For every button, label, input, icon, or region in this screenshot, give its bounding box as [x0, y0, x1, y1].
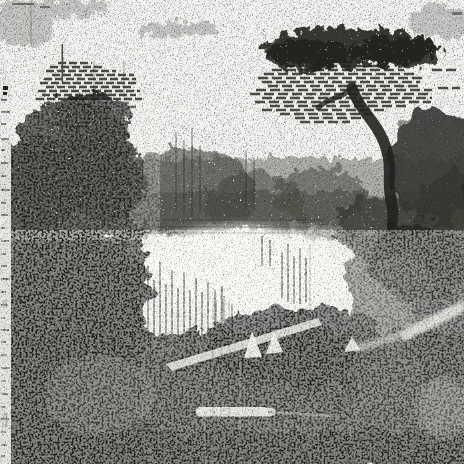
- pond-landscape-svg: Grainy black-and-white landscape: a smal…: [0, 0, 464, 464]
- grain-overlay: [0, 0, 464, 464]
- scanned-landscape-image: Grainy black-and-white landscape: a smal…: [0, 0, 464, 464]
